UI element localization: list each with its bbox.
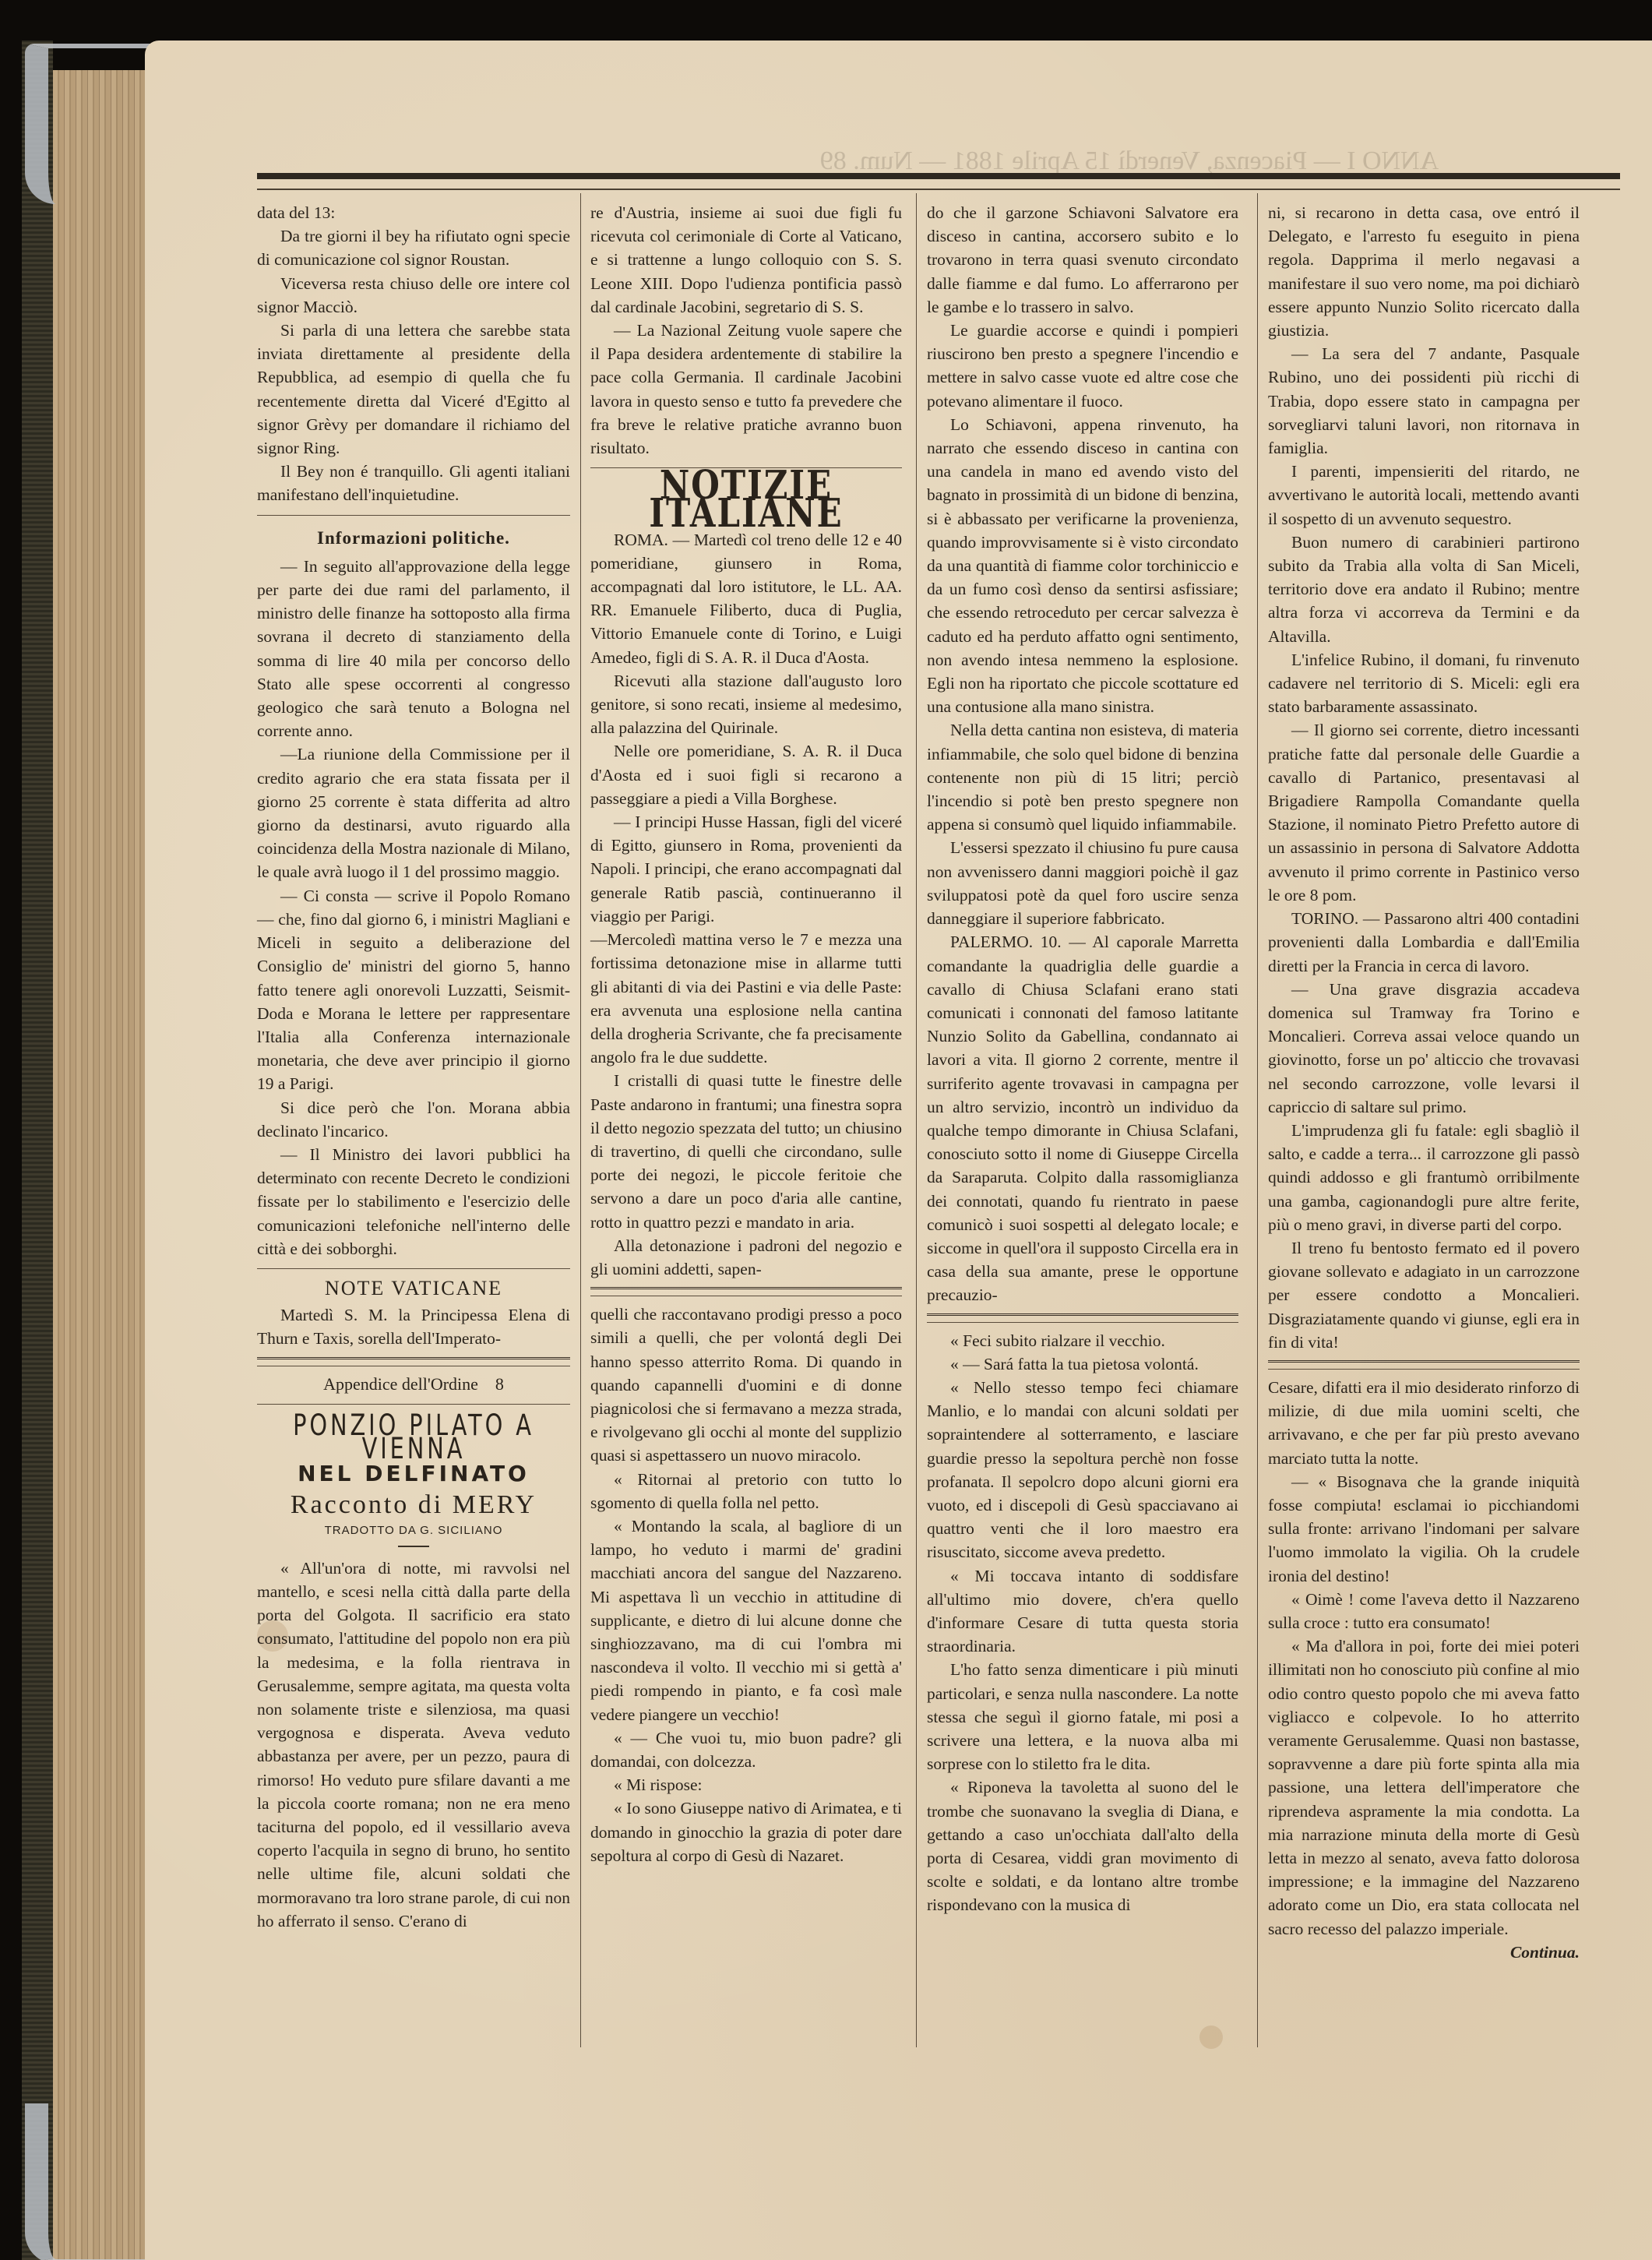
paragraph: Ricevuti alla stazione dall'augusto loro… — [590, 669, 902, 740]
section-rule — [257, 515, 570, 516]
serial-subtitle: NEL DELFINATO — [257, 1462, 570, 1486]
paragraph: « Io sono Giuseppe nativo di Arimatea, e… — [590, 1796, 902, 1867]
paragraph: Le guardie accorse e quindi i pompieri r… — [927, 319, 1238, 413]
paragraph: —La riunione della Commissione per il cr… — [257, 742, 570, 883]
paragraph: quelli che raccontavano prodigi presso a… — [590, 1303, 902, 1467]
paragraph: TORINO. — Passarono altri 400 contadini … — [1268, 907, 1580, 978]
section-heading-vaticane: NOTE VATICANE — [257, 1277, 570, 1300]
paragraph: « Montando la scala, al bagliore di un l… — [590, 1514, 902, 1726]
paragraph: data del 13: — [257, 201, 570, 224]
paragraph: Buon numero di carabinieri partirono sub… — [1268, 531, 1580, 648]
book-spine — [22, 41, 53, 2260]
paragraph: — La Nazional Zeitung vuole sapere che i… — [590, 319, 902, 460]
paragraph: ni, si recarono in detta casa, ove entró… — [1268, 201, 1580, 342]
paragraph: « Nello stesso tempo feci chiamare Manli… — [927, 1376, 1238, 1564]
paragraph: — In seguito all'approvazione della legg… — [257, 555, 570, 743]
paper-stain — [1199, 2026, 1223, 2049]
short-rule — [398, 1546, 429, 1547]
paragraph: L'essersi spezzato il chiusino fu pure c… — [927, 836, 1238, 930]
corner-protector-bottom — [25, 2103, 157, 2260]
column-4: ni, si recarono in detta casa, ove entró… — [1268, 201, 1580, 1964]
paragraph: « Oimè ! come l'aveva detto il Nazzareno… — [1268, 1588, 1580, 1634]
paragraph: Cesare, difatti era il mio desiderato ri… — [1268, 1376, 1580, 1470]
serial-story-label: Racconto di MERY — [257, 1493, 570, 1517]
paragraph: Viceversa resta chiuso delle ore intere … — [257, 272, 570, 319]
paragraph: — Ci consta — scrive il Popolo Romano — … — [257, 884, 570, 1096]
column-2: re d'Austria, insieme ai suoi due figli … — [590, 201, 902, 1867]
paragraph: L'imprudenza gli fu fatale: egli sbagliò… — [1268, 1119, 1580, 1236]
paragraph: Lo Schiavoni, appena rinvenuto, ha narra… — [927, 413, 1238, 719]
paragraph: « Feci subito rialzare il vecchio. — [927, 1329, 1238, 1352]
paragraph: I cristalli di quasi tutte le finestre d… — [590, 1069, 902, 1233]
paragraph: Si parla di una lettera che sarebbe stat… — [257, 319, 570, 460]
paragraph: Nella detta cantina non esisteva, di mat… — [927, 718, 1238, 836]
paragraph: do che il garzone Schiavoni Salvatore er… — [927, 201, 1238, 319]
paragraph: —Mercoledì mattina verso le 7 e mezza un… — [590, 928, 902, 1069]
paragraph: — Una grave disgrazia accadeva domenica … — [1268, 978, 1580, 1119]
appendix-rule — [590, 1287, 902, 1296]
section-rule — [257, 1268, 570, 1269]
paragraph: « Mi rispose: — [590, 1773, 902, 1796]
appendix-rule — [257, 1357, 570, 1366]
column-divider — [580, 193, 581, 2047]
paragraph: — « Bisognava che la grande iniquità fos… — [1268, 1470, 1580, 1588]
column-divider — [1257, 193, 1258, 2047]
paragraph: Nelle ore pomeridiane, S. A. R. il Duca … — [590, 739, 902, 810]
paragraph: Il treno fu bentosto fermato ed il pover… — [1268, 1236, 1580, 1354]
continua-label: Continua. — [1268, 1941, 1580, 1964]
paragraph: Si dice però che l'on. Morana abbia decl… — [257, 1096, 570, 1143]
appendix-rule-thin — [257, 1404, 570, 1405]
header-rule — [257, 173, 1620, 190]
paragraph: Da tre giorni il bey ha rifiutato ogni s… — [257, 224, 570, 271]
appendix-label: Appendice dell'Ordine 8 — [257, 1373, 570, 1396]
paragraph: Martedì S. M. la Principessa Elena di Th… — [257, 1303, 570, 1350]
paragraph: « All'un'ora di notte, mi ravvolsi nel m… — [257, 1557, 570, 1933]
paragraph: « Ritornai al pretorio con tutto lo sgom… — [590, 1468, 902, 1514]
paragraph: « — Che vuoi tu, mio buon padre? gli dom… — [590, 1726, 902, 1773]
paragraph: PALERMO. 10. — Al caporale Marretta coma… — [927, 930, 1238, 1306]
paragraph: ROMA. — Martedì col treno delle 12 e 40 … — [590, 528, 902, 669]
paragraph: — La sera del 7 andante, Pasquale Rubino… — [1268, 342, 1580, 460]
paragraph: « Riponeva la tavoletta al suono del le … — [927, 1775, 1238, 1916]
paragraph: L'ho fatto senza dimenticare i più minut… — [927, 1658, 1238, 1775]
paragraph: Il Bey non é tranquillo. Gli agenti ital… — [257, 460, 570, 506]
paragraph: re d'Austria, insieme ai suoi due figli … — [590, 201, 902, 319]
paragraph: « Mi toccava intanto di soddisfare all'u… — [927, 1564, 1238, 1659]
paragraph: « Ma d'allora in poi, forte dei miei pot… — [1268, 1634, 1580, 1941]
section-heading-notizie-italiane: NOTIZIE ITALIANE — [590, 471, 902, 527]
serial-title: PONZIO PILATO A VIENNA — [291, 1414, 536, 1461]
column-1: data del 13: Da tre giorni il bey ha rif… — [257, 201, 570, 1933]
paragraph: Alla detonazione i padroni del negozio e… — [590, 1234, 902, 1281]
appendix-label-text: Appendice dell'Ordine — [323, 1374, 478, 1394]
paragraph: L'infelice Rubino, il domani, fu rinvenu… — [1268, 648, 1580, 719]
section-heading-informazioni: Informazioni politiche. — [257, 527, 570, 550]
paragraph: « — Sará fatta la tua pietosa volontá. — [927, 1352, 1238, 1376]
corner-protector-top — [25, 44, 157, 204]
paragraph: — I principi Husse Hassan, figli del vic… — [590, 810, 902, 928]
serial-translator: TRADOTTO DA G. SICILIANO — [257, 1519, 570, 1543]
paragraph: — Il Ministro dei lavori pubblici ha det… — [257, 1143, 570, 1260]
bleed-through-header: ANNO I — Piacenza, Venerdì 15 Aprile 188… — [701, 146, 1558, 176]
paragraph: I parenti, impensieriti del ritardo, ne … — [1268, 460, 1580, 531]
paragraph: — Il giorno sei corrente, dietro incessa… — [1268, 718, 1580, 907]
column-3: do che il garzone Schiavoni Salvatore er… — [927, 201, 1238, 1917]
appendix-rule — [927, 1313, 1238, 1323]
column-divider — [916, 193, 917, 2047]
appendix-number: 8 — [495, 1374, 504, 1394]
appendix-rule — [1268, 1360, 1580, 1370]
page-edges — [53, 70, 145, 2260]
